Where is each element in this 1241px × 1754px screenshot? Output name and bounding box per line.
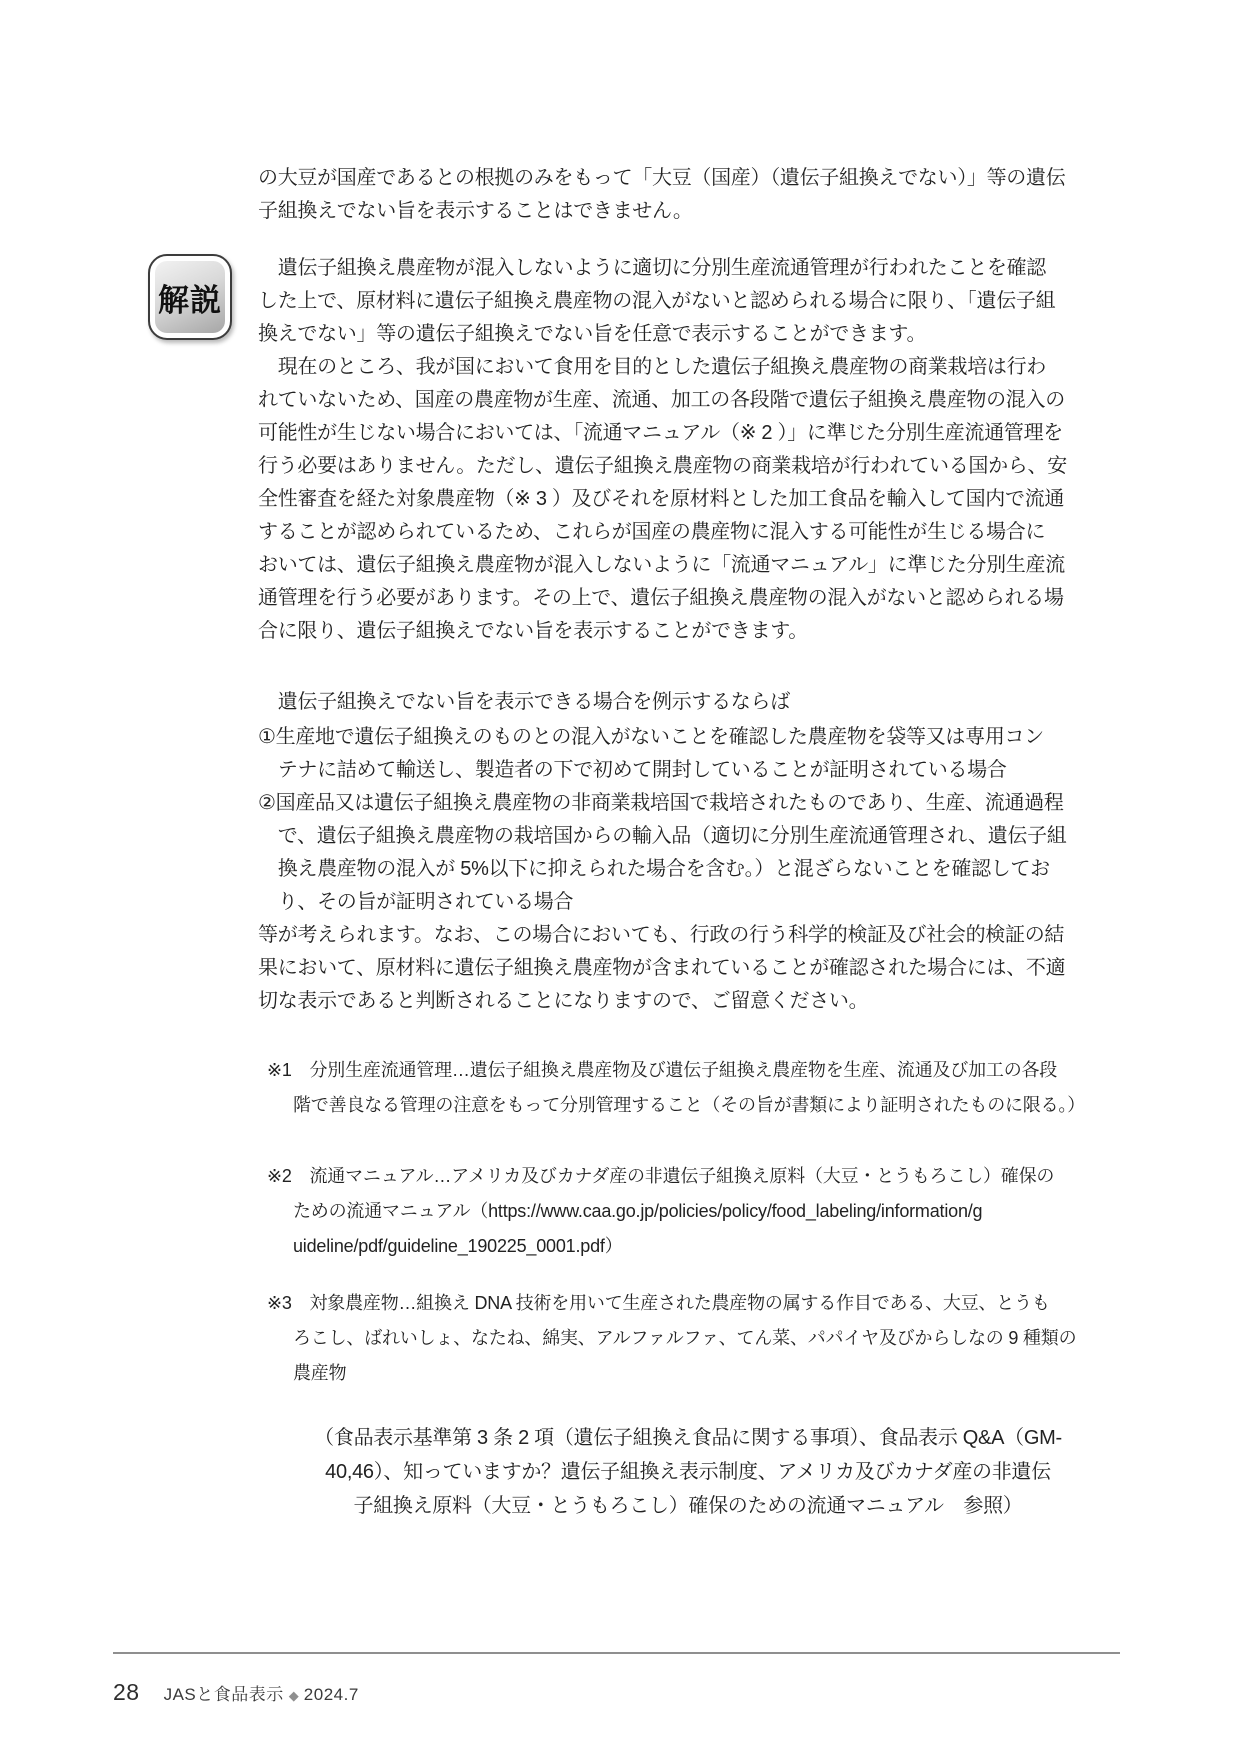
kaisetsu-badge-face: 解説 (155, 261, 225, 333)
text-line: 換えでない」等の遺伝子組換えでない旨を任意で表示することができます。 (258, 318, 1118, 351)
kaisetsu-paragraph: 遺伝子組換え農産物が混入しないように適切に分別生産流通管理が行われたことを確認し… (258, 252, 1118, 351)
example-intro: 遺伝子組換えでない旨を表示できる場合を例示するならば (258, 686, 1118, 719)
citation: （食品表示基準第 3 条 2 項（遺伝子組換え食品に関する事項）、食品表示 Q&… (258, 1421, 1118, 1523)
text-line: ②国産品又は遺伝子組換え農産物の非商業栽培国で栽培されたものであり、生産、流通過… (258, 787, 1118, 820)
text-line: した上で、原材料に遺伝子組換え農産物の混入がないと認められる場合に限り、「遺伝子… (258, 285, 1118, 318)
text-line: ①生産地で遺伝子組換えのものとの混入がないことを確認した農産物を袋等又は専用コン (258, 721, 1118, 754)
kaisetsu-badge-label: 解説 (158, 275, 222, 320)
text-line: 階で善良なる管理の注意をもって分別管理すること（その旨が書類により証明されたもの… (267, 1088, 1118, 1123)
text-line: ※3 対象農産物…組換え DNA 技術を用いて生産された農産物の属する作目である… (267, 1286, 1118, 1321)
text-line: の大豆が国産であるとの根拠のみをもって「大豆（国産）（遺伝子組換えでない）」等の… (258, 162, 1118, 195)
closing-paragraph: 等が考えられます。なお、この場合においても、行政の行う科学的検証及び社会的検証の… (258, 919, 1118, 1018)
footnote-3: ※3 対象農産物…組換え DNA 技術を用いて生産された農産物の属する作目である… (267, 1286, 1118, 1391)
diamond-icon: ◆ (289, 1688, 299, 1704)
text-line: ための流通マニュアル（https://www.caa.go.jp/policie… (267, 1194, 1118, 1229)
text-line: 40,46）、知っていますか？遺伝子組換え表示制度、アメリカ及びカナダ産の非遺伝 (258, 1455, 1118, 1489)
text-line: テナに詰めて輸送し、製造者の下で初めて開封していることが証明されている場合 (258, 754, 1118, 787)
text-line: （食品表示基準第 3 条 2 項（遺伝子組換え食品に関する事項）、食品表示 Q&… (258, 1421, 1118, 1455)
journal-title: JASと食品表示 (164, 1680, 284, 1705)
text-line: 果において、原材料に遺伝子組換え農産物が含まれていることが確認された場合には、不… (258, 952, 1118, 985)
footnote-2: ※2 流通マニュアル…アメリカ及びカナダ産の非遺伝子組換え原料（大豆・とうもろこ… (267, 1159, 1118, 1264)
text-line: 等が考えられます。なお、この場合においても、行政の行う科学的検証及び社会的検証の… (258, 919, 1118, 952)
text-line: 通管理を行う必要があります。その上で、遺伝子組換え農産物の混入がないと認められる… (258, 582, 1118, 615)
text-line: 合に限り、遺伝子組換えでない旨を表示することができます。 (258, 615, 1118, 648)
magazine-page: 解説 の大豆が国産であるとの根拠のみをもって「大豆（国産）（遺伝子組換えでない）… (0, 0, 1241, 1754)
text-line: ※2 流通マニュアル…アメリカ及びカナダ産の非遺伝子組換え原料（大豆・とうもろこ… (267, 1159, 1118, 1194)
current-status-paragraph: 現在のところ、我が国において食用を目的とした遺伝子組換え農産物の商業栽培は行われ… (258, 351, 1118, 648)
text-line: uideline/pdf/guideline_190225_0001.pdf） (267, 1229, 1118, 1264)
issue-date: 2024.7 (304, 1685, 359, 1705)
text-line: り、その旨が証明されている場合 (258, 886, 1118, 919)
text-line: 行う必要はありません。ただし、遺伝子組換え農産物の商業栽培が行われている国から、… (258, 450, 1118, 483)
text-line: 可能性が生じない場合においては、「流通マニュアル（※ 2 ）」に準じた分別生産流… (258, 417, 1118, 450)
text-line: 全性審査を経た対象農産物（※ 3 ）及びそれを原材料とした加工食品を輸入して国内… (258, 483, 1118, 516)
text-line: おいては、遺伝子組換え農産物が混入しないように「流通マニュアル」に準じた分別生産… (258, 549, 1118, 582)
text-line: 子組換えでない旨を表示することはできません。 (258, 195, 1118, 228)
intro-continuation: の大豆が国産であるとの根拠のみをもって「大豆（国産）（遺伝子組換えでない）」等の… (258, 162, 1118, 228)
text-line: ろこし、ばれいしょ、なたね、綿実、アルファルファ、てん菜、パパイヤ及びからしなの… (267, 1321, 1118, 1356)
document-body: の大豆が国産であるとの根拠のみをもって「大豆（国産）（遺伝子組換えでない）」等の… (258, 162, 1118, 1523)
example-item-2: ②国産品又は遺伝子組換え農産物の非商業栽培国で栽培されたものであり、生産、流通過… (258, 787, 1118, 919)
example-item-1: ①生産地で遺伝子組換えのものとの混入がないことを確認した農産物を袋等又は専用コン… (258, 721, 1118, 787)
text-line: 子組換え原料（大豆・とうもろこし）確保のための流通マニュアル 参照） (258, 1489, 1118, 1523)
text-line: ※1 分別生産流通管理…遺伝子組換え農産物及び遺伝子組換え農産物を生産、流通及び… (267, 1053, 1118, 1088)
footer: 28 JASと食品表示 ◆ 2024.7 (113, 1679, 359, 1706)
text-line: で、遺伝子組換え農産物の栽培国からの輸入品（適切に分別生産流通管理され、遺伝子組 (258, 820, 1118, 853)
kaisetsu-badge: 解説 (148, 254, 232, 340)
text-line: 換え農産物の混入が 5%以下に抑えられた場合を含む。）と混ざらないことを確認して… (258, 853, 1118, 886)
text-line: 遺伝子組換えでない旨を表示できる場合を例示するならば (258, 686, 1118, 719)
footnote-1: ※1 分別生産流通管理…遺伝子組換え農産物及び遺伝子組換え農産物を生産、流通及び… (267, 1053, 1118, 1123)
text-line: 遺伝子組換え農産物が混入しないように適切に分別生産流通管理が行われたことを確認 (258, 252, 1118, 285)
text-line: れていないため、国産の農産物が生産、流通、加工の各段階で遺伝子組換え農産物の混入… (258, 384, 1118, 417)
text-line: 切な表示であると判断されることになりますので、ご留意ください。 (258, 985, 1118, 1018)
text-line: 現在のところ、我が国において食用を目的とした遺伝子組換え農産物の商業栽培は行わ (258, 351, 1118, 384)
text-line: 農産物 (267, 1356, 1118, 1391)
page-number: 28 (113, 1679, 140, 1706)
text-line: することが認められているため、これらが国産の農産物に混入する可能性が生じる場合に (258, 516, 1118, 549)
footer-divider (113, 1652, 1120, 1654)
